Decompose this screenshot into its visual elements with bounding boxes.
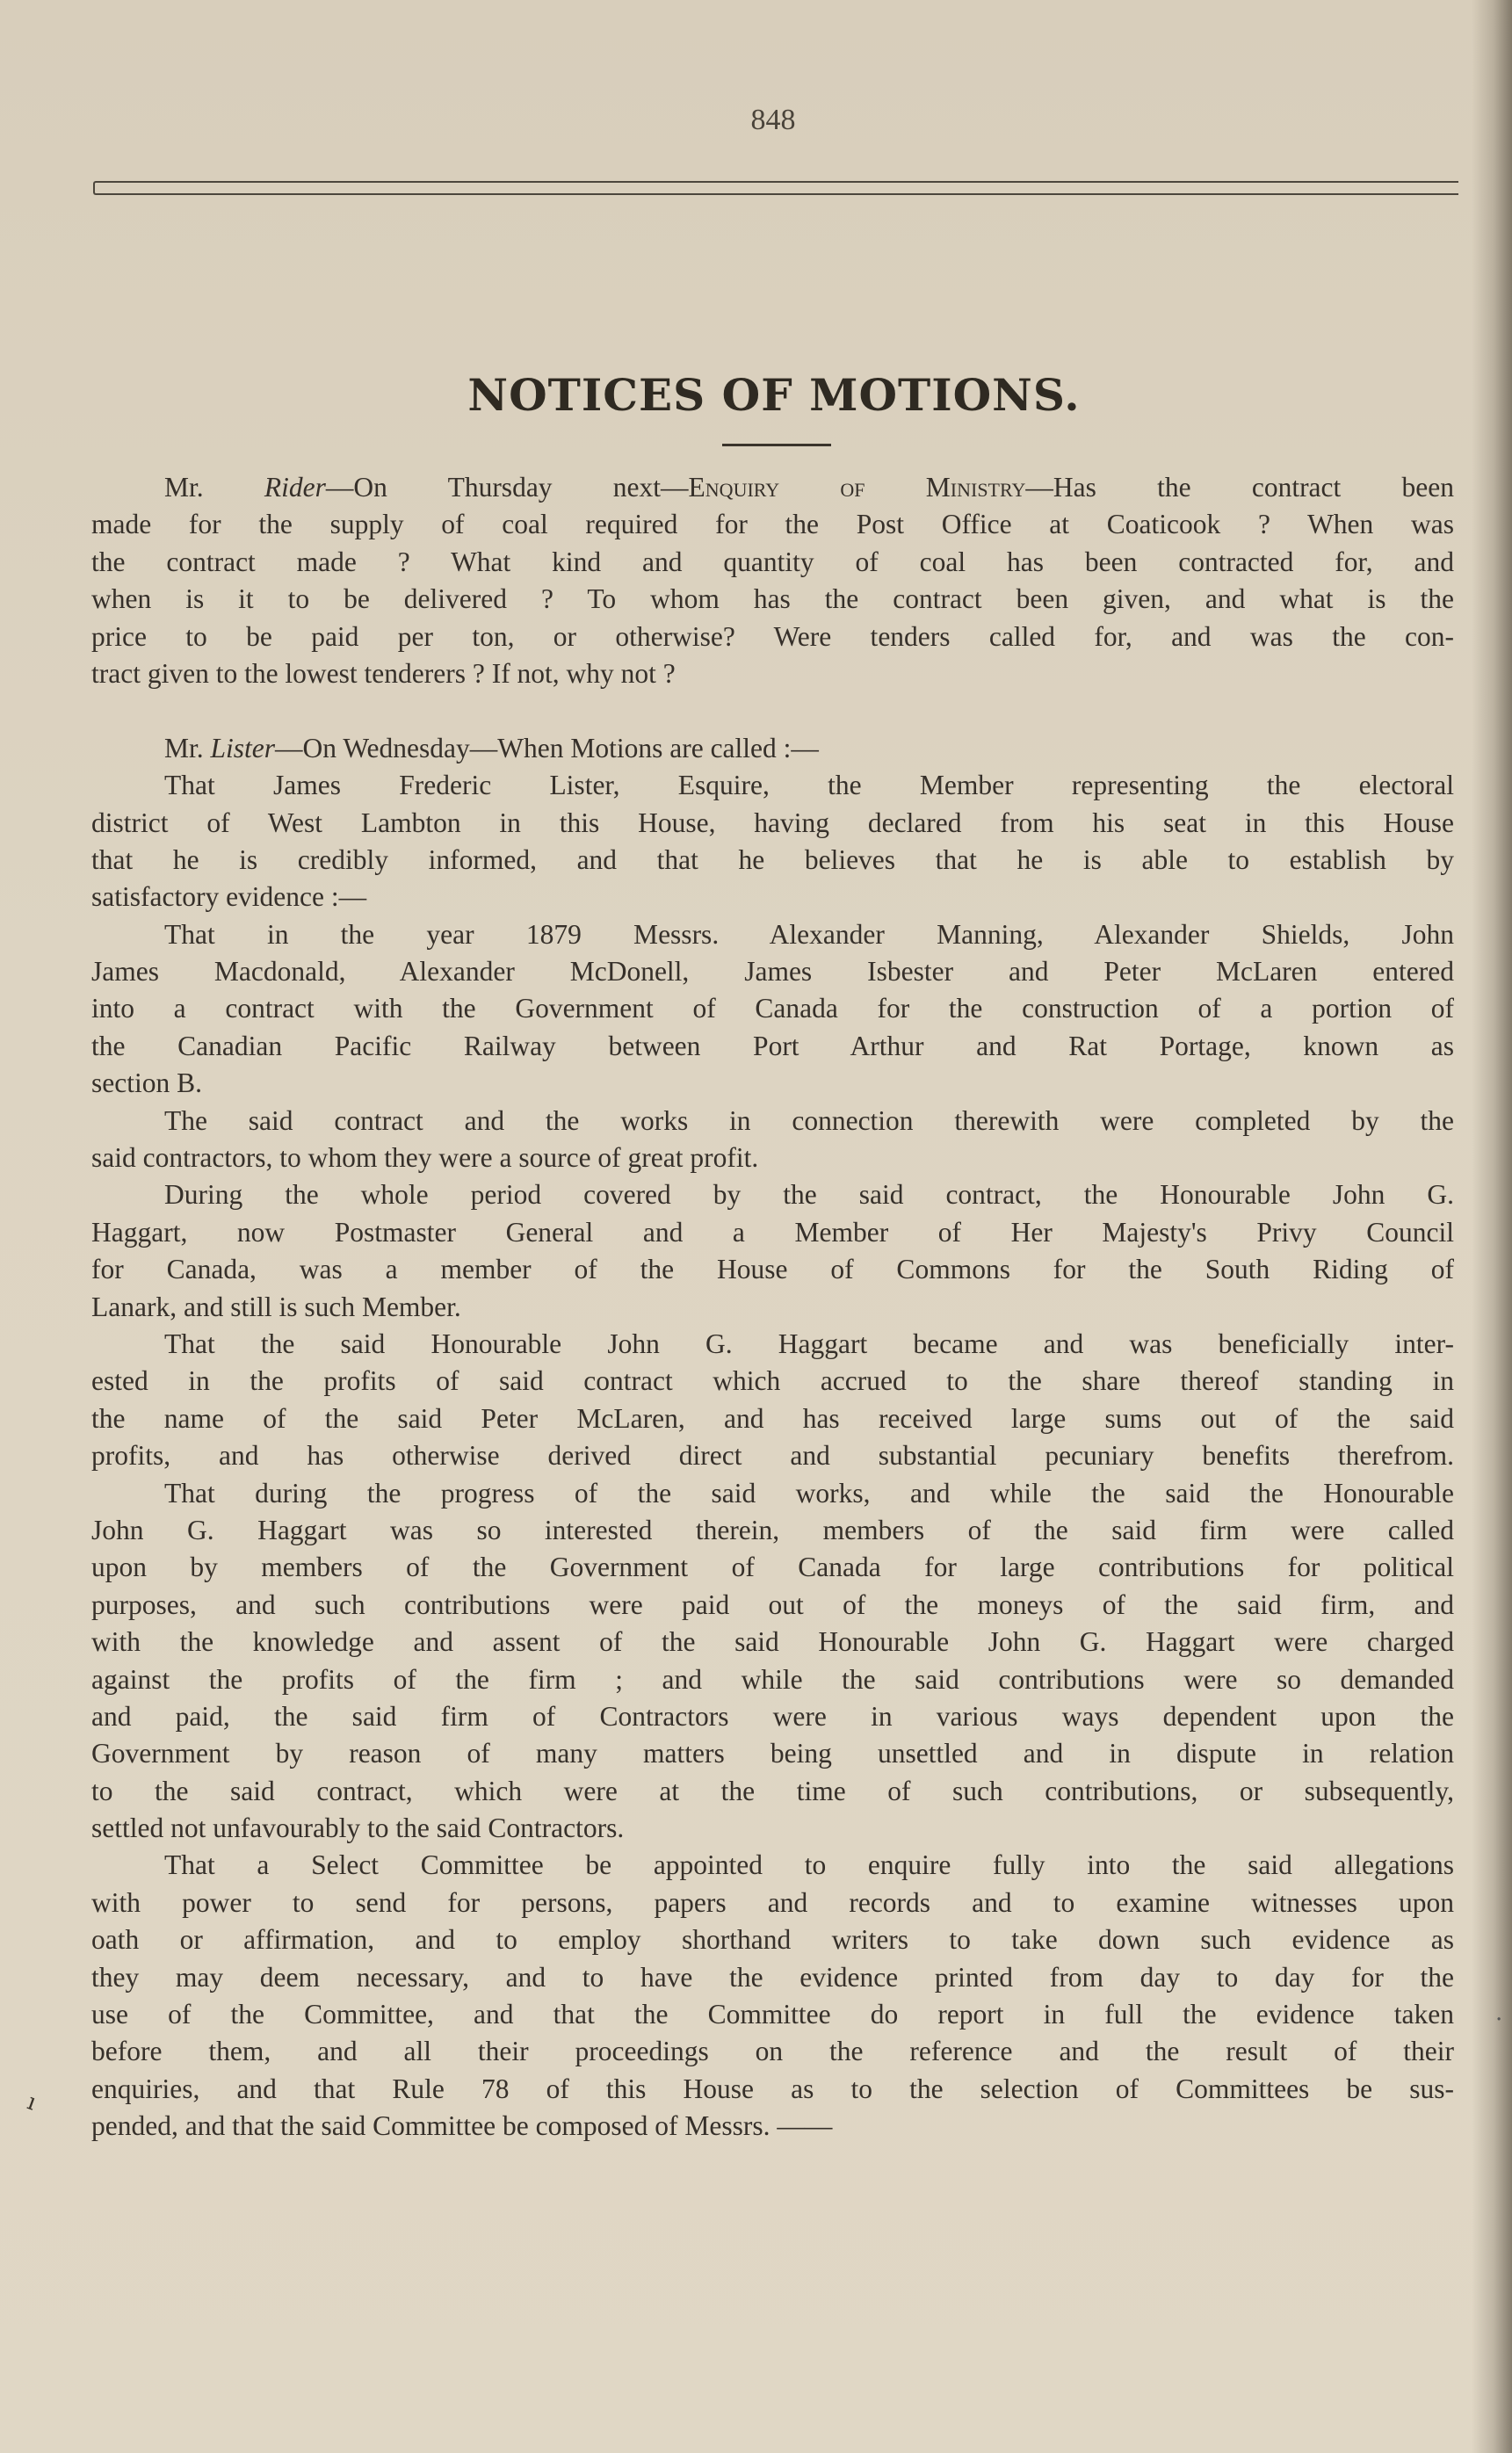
text-line: That the said Honourable John G. Haggart… [91,1326,1454,1363]
text-line: The said contract and the works in conne… [91,1103,1454,1140]
motion-text: —Has the contract been [1025,472,1454,503]
text-line: upon by members of the Government of Can… [91,1549,1454,1586]
text-line: purposes, and such contributions were pa… [91,1587,1454,1624]
text-line: That during the progress of the said wor… [91,1475,1454,1512]
text-line: oath or affirmation, and to employ short… [91,1921,1454,1958]
text-line: Haggart, now Postmaster General and a Me… [91,1214,1454,1251]
text-line: use of the Committee, and that the Commi… [91,1996,1454,2033]
text-line: section B. [91,1065,1454,1102]
member-name: Lister [211,733,276,763]
text-line: enquiries, and that Rule 78 of this Hous… [91,2071,1454,2108]
text-line: that he is credibly informed, and that h… [91,842,1454,879]
text-line: before them, and all their proceedings o… [91,2033,1454,2070]
text-line: James Macdonald, Alexander McDonell, Jam… [91,953,1454,990]
text-line: the name of the said Peter McLaren, and … [91,1400,1454,1437]
text-line: John G. Haggart was so interested therei… [91,1512,1454,1549]
text-line: made for the supply of coal required for… [91,506,1454,543]
text-line: to the said contract, which were at the … [91,1773,1454,1810]
text-line: against the profits of the firm ; and wh… [91,1661,1454,1698]
motion-timing: —On Thursday next— [326,472,689,503]
motion-header-line: Mr. Rider—On Thursday next—Enquiry of Mi… [91,469,1454,506]
text-line: with the knowledge and assent of the sai… [91,1624,1454,1661]
text-line: Lanark, and still is such Member. [91,1289,1454,1326]
text-line: ested in the profits of said contract wh… [91,1363,1454,1400]
text-line: settled not unfavourably to the said Con… [91,1810,1454,1847]
text-line: when is it to be delivered ? To whom has… [91,581,1454,618]
paragraph: That in the year 1879 Messrs. Alexander … [91,916,1454,1103]
text-line: profits, and has otherwise derived direc… [91,1437,1454,1474]
paragraph: That the said Honourable John G. Haggart… [91,1326,1454,1475]
motion-timing: —On Wednesday—When Motions are called :— [275,733,819,763]
text-line: and paid, the said firm of Contractors w… [91,1698,1454,1735]
title-underline-rule [722,444,831,446]
text-line: That a Select Committee be appointed to … [91,1847,1454,1884]
paragraph: During the whole period covered by the s… [91,1176,1454,1326]
text-line: During the whole period covered by the s… [91,1176,1454,1213]
text-line: they may deem necessary, and to have the… [91,1959,1454,1996]
text-line: the contract made ? What kind and quanti… [91,544,1454,581]
header-double-rule [93,181,1458,195]
motion-header-line: Mr. Lister—On Wednesday—When Motions are… [91,730,1454,767]
page-number: 848 [0,104,1512,137]
paragraph: That during the progress of the said wor… [91,1475,1454,1848]
text-line: district of West Lambton in this House, … [91,805,1454,842]
member-prefix: Mr. [164,733,211,763]
text-line: tract given to the lowest tenderers ? If… [91,655,1454,692]
text-line: the Canadian Pacific Railway between Por… [91,1028,1454,1065]
member-name: Rider [264,472,326,503]
paragraph: The said contract and the works in conne… [91,1103,1454,1177]
text-line: into a contract with the Government of C… [91,990,1454,1027]
text-line: That James Frederic Lister, Esquire, the… [91,767,1454,804]
page-title: NOTICES OF MOTIONS. [0,369,1512,421]
motion-rider: Mr. Rider—On Thursday next—Enquiry of Mi… [91,469,1454,692]
text-line: pended, and that the said Committee be c… [91,2108,1454,2145]
text-line: Government by reason of many matters bei… [91,1735,1454,1772]
text-line: with power to send for persons, papers a… [91,1885,1454,1921]
paragraph: That James Frederic Lister, Esquire, the… [91,767,1454,916]
text-line: satisfactory evidence :— [91,879,1454,915]
text-line: for Canada, was a member of the House of… [91,1251,1454,1288]
text-line: said contractors, to whom they were a so… [91,1140,1454,1176]
enquiry-label: Enquiry of Ministry [689,472,1026,503]
notices-body: Mr. Rider—On Thursday next—Enquiry of Mi… [91,469,1454,2145]
text-line: price to be paid per ton, or otherwise? … [91,619,1454,655]
paragraph-gap [91,692,1454,729]
member-prefix: Mr. [164,472,264,503]
paragraph: That a Select Committee be appointed to … [91,1847,1454,2145]
motion-lister: Mr. Lister—On Wednesday—When Motions are… [91,730,1454,2145]
margin-pencil-mark: ı [24,2088,40,2116]
text-line: That in the year 1879 Messrs. Alexander … [91,916,1454,953]
margin-dot-mark: . [1495,2000,1502,2026]
